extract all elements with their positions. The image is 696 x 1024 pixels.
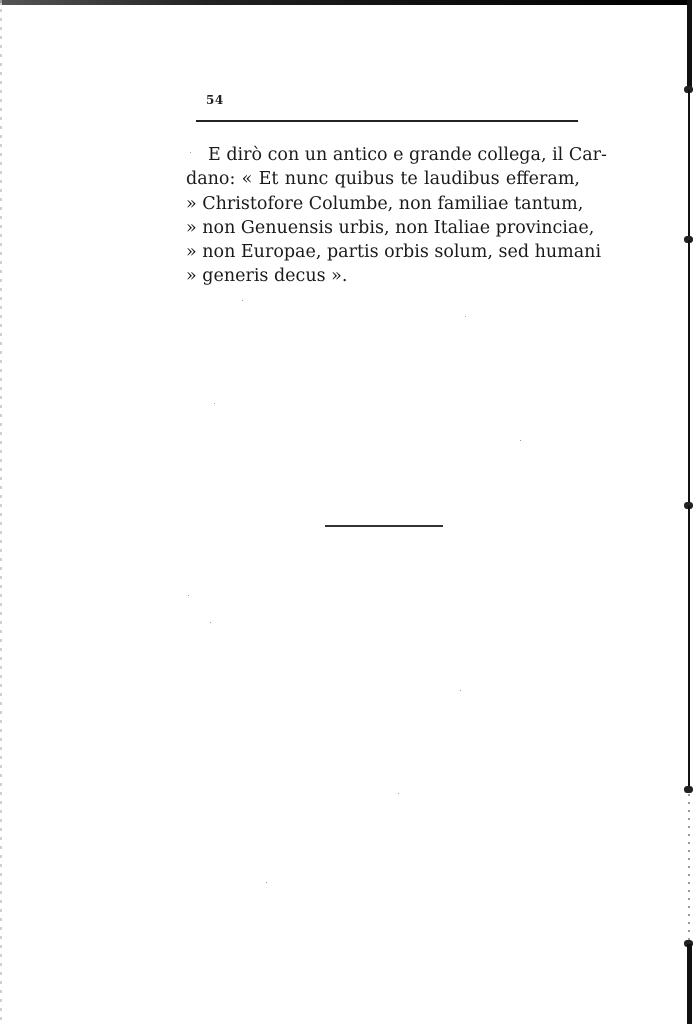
binding-bar-segment [688, 90, 690, 238]
scan-speck [190, 152, 191, 153]
text-line: » Christofore Columbe, non familiae tant… [186, 192, 580, 216]
scan-speck [465, 316, 466, 317]
header-rule [196, 120, 578, 122]
scan-left-edge [0, 0, 2, 1024]
binding-knot [684, 786, 693, 793]
text-line: » generis decus ». [186, 264, 580, 288]
scan-speck [520, 440, 521, 441]
scan-speck [242, 300, 243, 301]
text-line: dano: « Et nunc quibus te laudibus effer… [186, 167, 580, 191]
binding-bar-dotted [688, 794, 690, 940]
body-paragraph: E dirò con un antico e grande collega, i… [186, 143, 580, 289]
scan-speck [210, 622, 211, 623]
scan-right-binding-edge [687, 0, 692, 1024]
binding-bar-segment [688, 240, 690, 505]
scan-speck [214, 403, 215, 404]
scan-speck [266, 882, 267, 883]
binding-bar-segment [688, 506, 690, 788]
binding-bar-segment [687, 944, 692, 1024]
binding-bar-segment [687, 0, 692, 90]
text-line: » non Europae, partis orbis solum, sed h… [186, 240, 580, 264]
page-number: 54 [206, 93, 224, 107]
closing-rule [325, 525, 443, 527]
scan-speck [398, 793, 399, 794]
text-line: E dirò con un antico e grande collega, i… [186, 143, 580, 167]
scan-top-edge [0, 0, 690, 5]
scan-speck [460, 690, 461, 691]
scan-speck [188, 595, 189, 596]
text-line: » non Genuensis urbis, non Italiae provi… [186, 216, 580, 240]
